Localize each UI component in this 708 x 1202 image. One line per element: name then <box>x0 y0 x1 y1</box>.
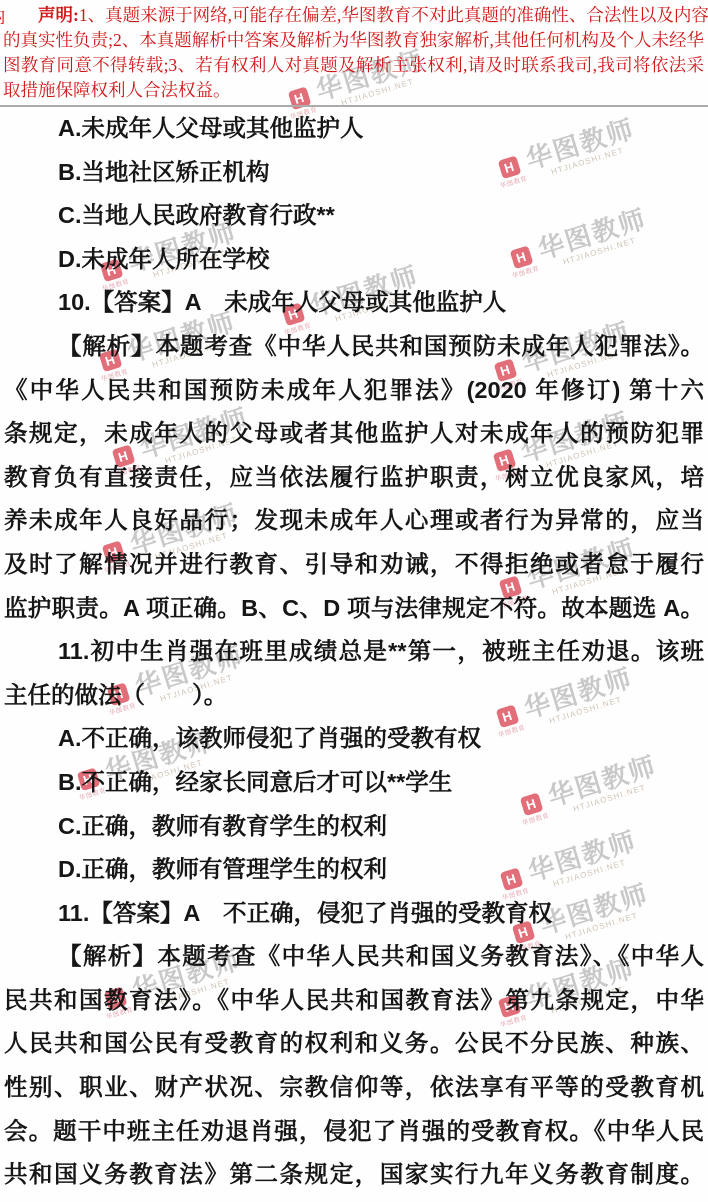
text-line: 【解析】本题考查《中华人民共和国义务教育法》、《中华人 <box>4 935 704 979</box>
text-line: D.未成年人所在学校 <box>4 238 704 282</box>
text-line: B.当地社区矫正机构 <box>4 151 704 195</box>
disclaimer-text: 1、真题来源于网络,可能存在偏差,华图教育不对此真题的准确性、合法性以及内容 <box>79 5 708 25</box>
disclaimer: 声明:1、真题来源于网络,可能存在偏差,华图教育不对此真题的准确性、合法性以及内… <box>3 3 704 103</box>
text-line: C.正确，教师有教育学生的权利 <box>4 805 704 849</box>
text-line: 养未成年人良好品行；发现未成年人心理或者行为异常的，应当 <box>4 499 704 543</box>
document-page: 内 声明:1、真题来源于网络,可能存在偏差,华图教育不对此真题的准确性、合法性以… <box>0 0 708 1202</box>
disclaimer-line: 声明:1、真题来源于网络,可能存在偏差,华图教育不对此真题的准确性、合法性以及内… <box>3 3 704 28</box>
text-line: 会。题干中班主任劝退肖强，侵犯了肖强的受教育权。《中华人民 <box>4 1110 704 1154</box>
text-line: 11.【答案】A 不正确，侵犯了肖强的受教育权 <box>4 892 704 936</box>
disclaimer-label: 声明: <box>38 5 79 25</box>
document-body: A.未成年人父母或其他监护人B.当地社区矫正机构C.当地人民政府教育行政**D.… <box>4 107 704 1197</box>
text-line: 民共和国教育法》。《中华人民共和国教育法》第九条规定，中华 <box>4 979 704 1023</box>
text-line: 《中华人民共和国预防未成年人犯罪法》(2020 年修订) 第十六 <box>4 369 704 413</box>
text-line: 及时了解情况并进行教育、引导和劝诫，不得拒绝或者怠于履行 <box>4 543 704 587</box>
text-line: A.不正确，该教师侵犯了肖强的受教有权 <box>4 717 704 761</box>
disclaimer-line: 的真实性负责;2、本真题解析中答案及解析为华图教育独家解析,其他任何机构及个人未… <box>3 28 704 53</box>
text-line: 监护职责。A 项正确。B、C、D 项与法律规定不符。故本题选 A。 <box>4 587 704 631</box>
text-line: 10.【答案】A 未成年人父母或其他监护人 <box>4 281 704 325</box>
text-line: 条规定，未成年人的父母或者其他监护人对未成年人的预防犯罪 <box>4 412 704 456</box>
text-line: 性别、职业、财产状况、宗教信仰等，依法享有平等的受教育机 <box>4 1066 704 1110</box>
text-line: 人民共和国公民有受教育的权利和义务。公民不分民族、种族、 <box>4 1022 704 1066</box>
disclaimer-line: 取措施保障权利人合法权益。 <box>3 78 704 103</box>
text-line: 共和国义务教育法》第二条规定，国家实行九年义务教育制度。 <box>4 1153 704 1197</box>
text-line: C.当地人民政府教育行政** <box>4 194 704 238</box>
disclaimer-line: 图教育同意不得转载;3、若有权利人对真题及解析主张权利,请及时联系我司,我司将依… <box>3 53 704 78</box>
text-line: D.正确，教师有管理学生的权利 <box>4 848 704 892</box>
text-line: 教育负有直接责任，应当依法履行监护职责，树立优良家风，培 <box>4 456 704 500</box>
text-line: 主任的做法（ ）。 <box>4 674 704 718</box>
text-line: A.未成年人父母或其他监护人 <box>4 107 704 151</box>
section-divider <box>0 105 708 107</box>
text-line: B.不正确，经家长同意后才可以**学生 <box>4 761 704 805</box>
text-line: 11.初中生肖强在班里成绩总是**第一，被班主任劝退。该班 <box>4 630 704 674</box>
text-line: 【解析】本题考查《中华人民共和国预防未成年人犯罪法》。 <box>4 325 704 369</box>
